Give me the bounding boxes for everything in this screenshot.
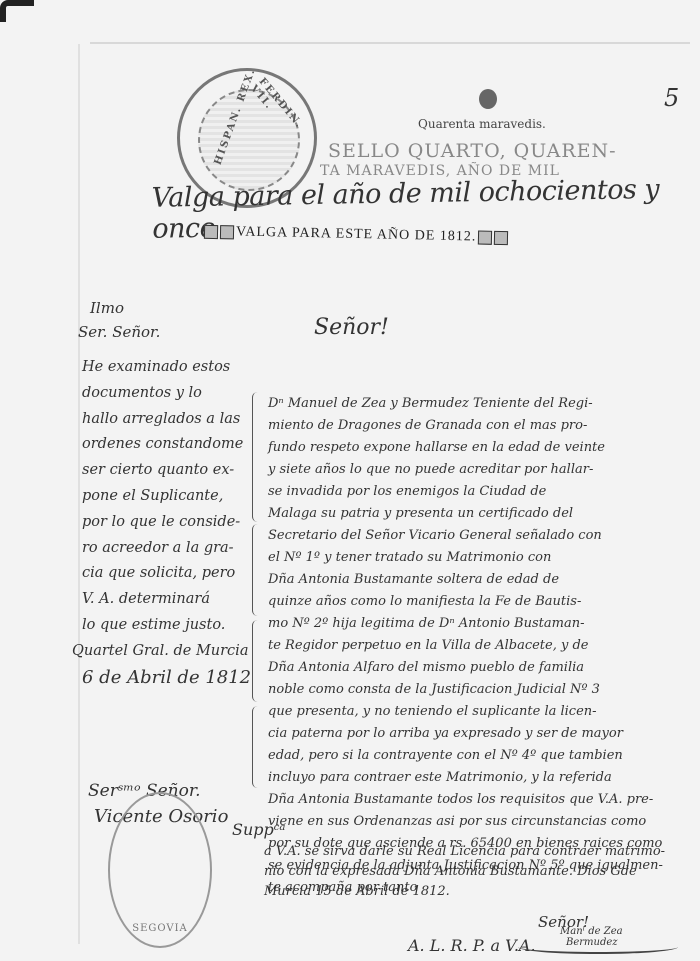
margin-note: He examinado estos documentos y lo hallo…: [82, 355, 262, 690]
petition-line: edad, pero si la contrayente con el Nº 4…: [268, 745, 698, 767]
margin-heading: Ilmo Ser. Señor.: [78, 296, 160, 344]
ornament-icon: [478, 230, 492, 244]
margin-note-line: 6 de Abril de 1812: [82, 665, 262, 691]
petition-line: mo Nº 2º hija legitima de Dⁿ Antonio Bus…: [268, 613, 698, 635]
petition-line: Secretario del Señor Vicario General señ…: [268, 525, 698, 547]
petition-line: quinze años como lo manifiesta la Fe de …: [268, 591, 698, 613]
petition-line: el Nº 1º y tener tratado su Matrimonio c…: [268, 547, 698, 569]
bracket-line: [252, 620, 263, 702]
margin-note-line: hallo arreglados a las: [82, 407, 262, 433]
margin-note-line: V. A. determinará: [82, 587, 262, 613]
closing-line: a V.A. se sirva darle su Real Licencia p…: [264, 842, 694, 862]
petition-line: Malaga su patria y presenta un certifica…: [268, 503, 698, 525]
petition-line: noble como consta de la Justificacion Ju…: [268, 679, 698, 701]
margin-note-line: lo que estime justo.: [82, 613, 262, 639]
margin-note-line: por lo que le conside-: [82, 510, 262, 536]
petition-line: miento de Dragones de Granada con el mas…: [268, 415, 698, 437]
petition-line: te Regidor perpetuo en la Villa de Albac…: [268, 635, 698, 657]
signature-flourish: [518, 940, 678, 954]
formula-arlp: A. L. R. P. a V.A.: [408, 936, 536, 955]
margin-note-line: ser cierto quanto ex-: [82, 458, 262, 484]
stamp-fee: Quarenta maravedis.: [418, 117, 546, 131]
margin-heading-line: Ser. Señor.: [78, 320, 160, 344]
petition-line: incluyo para contraer este Matrimonio, y…: [268, 767, 698, 789]
petition-line: Dña Antonia Bustamante todos los requisi…: [268, 789, 698, 811]
ornament-icon: [204, 225, 218, 239]
margin-note-line: pone el Suplicante,: [82, 484, 262, 510]
petition-line: Dña Antonia Alfaro del mismo pueblo de f…: [268, 657, 698, 679]
petition-line: Dⁿ Manuel de Zea y Bermudez Teniente del…: [268, 393, 698, 415]
document-page: 5 HISPAN. REX. FERDIN. VII. Quarenta mar…: [0, 0, 700, 961]
supplica-mark: Suppᶜᵃ: [232, 820, 285, 839]
margin-heading-line: Ilmo: [78, 296, 160, 320]
bracket-line: [252, 706, 263, 788]
margin-note-line: cia que solicita, pero: [82, 561, 262, 587]
petition-line: fundo respeto expone hallarse en la edad…: [268, 437, 698, 459]
petition-closing: a V.A. se sirva darle su Real Licencia p…: [264, 878, 694, 902]
stamp-title: SELLO QUARTO, QUAREN-: [328, 140, 617, 162]
petition-line: que presenta, y no teniendo el suplicant…: [268, 701, 698, 723]
petition-salutation: Señor!: [314, 315, 389, 340]
oval-stamp-icon: SEGOVIA: [108, 792, 212, 948]
ornament-icon: [494, 231, 508, 245]
bracket-line: [252, 524, 263, 616]
signature-line: Manˡ de Zea: [560, 926, 623, 937]
petition-body: Dⁿ Manuel de Zea y Bermudez Teniente del…: [268, 393, 698, 899]
petition-line: Dña Antonia Bustamante soltera de edad d…: [268, 569, 698, 591]
margin-note-line: Quartel Gral. de Murcia: [72, 639, 262, 665]
page-number: 5: [664, 84, 679, 112]
margin-note-line: He examinado estos: [82, 355, 262, 381]
ornament-icon: [220, 225, 234, 239]
paper-edge-top: [90, 42, 690, 44]
crown-emblem-icon: [479, 89, 497, 109]
petition-line: y siete años lo que no puede acreditar p…: [268, 459, 698, 481]
scan-corner-mark: [0, 0, 34, 22]
petition-line: cia paterna por lo arriba ya expresado y…: [268, 723, 698, 745]
closing-line: nio con la expresada Dña Antonia Bustama…: [264, 862, 694, 882]
margin-note-line: ro acreedor a la gra-: [82, 536, 262, 562]
petition-line: se invadida por los enemigos la Ciudad d…: [268, 481, 698, 503]
margin-note-line: ordenes constandome: [82, 432, 262, 458]
petition-line: viene en sus Ordenanzas asi por sus circ…: [268, 811, 698, 833]
closing-line: Murcia 15 de Abril de 1812.: [264, 882, 694, 902]
oval-stamp-text: SEGOVIA: [110, 923, 210, 934]
bracket-line: [252, 392, 263, 522]
margin-note-line: documentos y lo: [82, 381, 262, 407]
